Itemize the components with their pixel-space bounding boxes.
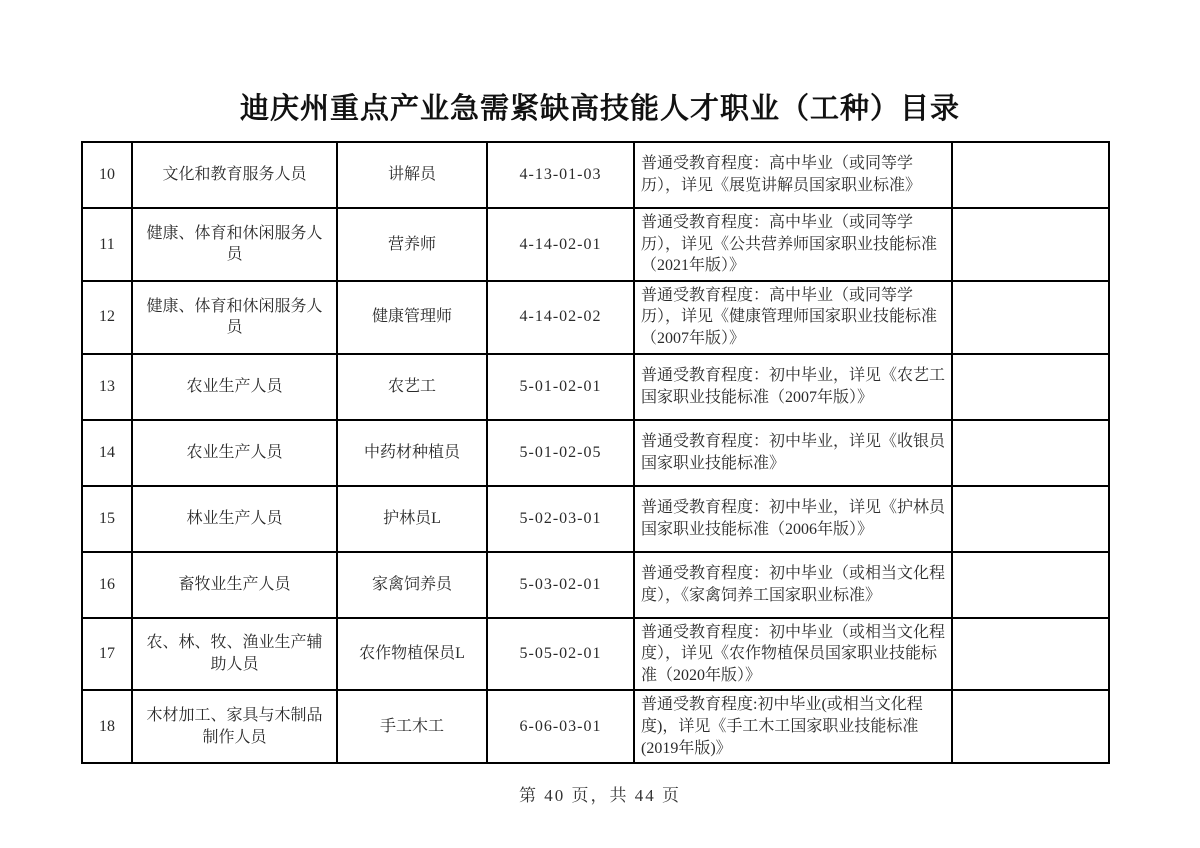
- table-body: 10文化和教育服务人员讲解员4-13-01-03普通受教育程度：高中毕业（或同等…: [82, 142, 1109, 763]
- row-number-cell: 16: [82, 552, 132, 618]
- table-row: 18木材加工、家具与木制品制作人员手工木工6-06-03-01普通受教育程度:初…: [82, 690, 1109, 763]
- note-cell: [952, 486, 1109, 552]
- code-cell: 4-14-02-01: [487, 208, 634, 281]
- row-number-cell: 12: [82, 281, 132, 354]
- occupation-cell: 手工木工: [337, 690, 487, 763]
- row-number-cell: 13: [82, 354, 132, 420]
- code-cell: 4-14-02-02: [487, 281, 634, 354]
- code-cell: 5-03-02-01: [487, 552, 634, 618]
- page-number: 第 40 页，共 44 页: [0, 781, 1200, 806]
- occupation-cell: 家禽饲养员: [337, 552, 487, 618]
- occupation-cell: 护林员L: [337, 486, 487, 552]
- note-cell: [952, 618, 1109, 691]
- category-cell: 文化和教育服务人员: [132, 142, 337, 208]
- category-cell: 健康、体育和休闲服务人员: [132, 281, 337, 354]
- note-cell: [952, 142, 1109, 208]
- row-number-cell: 18: [82, 690, 132, 763]
- code-cell: 5-01-02-01: [487, 354, 634, 420]
- note-cell: [952, 281, 1109, 354]
- category-cell: 木材加工、家具与木制品制作人员: [132, 690, 337, 763]
- requirement-cell: 普通受教育程度：高中毕业（或同等学历），详见《健康管理师国家职业技能标准（200…: [634, 281, 952, 354]
- category-cell: 农、林、牧、渔业生产辅助人员: [132, 618, 337, 691]
- row-number-cell: 15: [82, 486, 132, 552]
- occupation-cell: 农作物植保员L: [337, 618, 487, 691]
- document-page: 迪庆州重点产业急需紧缺高技能人才职业（工种）目录 10文化和教育服务人员讲解员4…: [0, 0, 1200, 848]
- code-cell: 6-06-03-01: [487, 690, 634, 763]
- row-number-cell: 14: [82, 420, 132, 486]
- note-cell: [952, 354, 1109, 420]
- note-cell: [952, 690, 1109, 763]
- code-cell: 5-05-02-01: [487, 618, 634, 691]
- occupation-catalog-table: 10文化和教育服务人员讲解员4-13-01-03普通受教育程度：高中毕业（或同等…: [81, 141, 1110, 764]
- requirement-cell: 普通受教育程度：高中毕业（或同等学历），详见《展览讲解员国家职业标准》: [634, 142, 952, 208]
- occupation-cell: 健康管理师: [337, 281, 487, 354]
- row-number-cell: 17: [82, 618, 132, 691]
- table-row: 13农业生产人员农艺工5-01-02-01普通受教育程度：初中毕业，详见《农艺工…: [82, 354, 1109, 420]
- requirement-cell: 普通受教育程度：初中毕业（或相当文化程度），详见《农作物植保员国家职业技能标准（…: [634, 618, 952, 691]
- occupation-cell: 讲解员: [337, 142, 487, 208]
- requirement-cell: 普通受教育程度：初中毕业，详见《收银员国家职业技能标准》: [634, 420, 952, 486]
- category-cell: 健康、体育和休闲服务人员: [132, 208, 337, 281]
- table-row: 10文化和教育服务人员讲解员4-13-01-03普通受教育程度：高中毕业（或同等…: [82, 142, 1109, 208]
- note-cell: [952, 420, 1109, 486]
- requirement-cell: 普通受教育程度：初中毕业（或相当文化程度），《家禽饲养工国家职业标准》: [634, 552, 952, 618]
- code-cell: 4-13-01-03: [487, 142, 634, 208]
- code-cell: 5-02-03-01: [487, 486, 634, 552]
- occupation-cell: 农艺工: [337, 354, 487, 420]
- table-row: 14农业生产人员中药材种植员5-01-02-05普通受教育程度：初中毕业，详见《…: [82, 420, 1109, 486]
- table-row: 11健康、体育和休闲服务人员营养师4-14-02-01普通受教育程度：高中毕业（…: [82, 208, 1109, 281]
- requirement-cell: 普通受教育程度：初中毕业，详见《农艺工国家职业技能标准（2007年版）》: [634, 354, 952, 420]
- requirement-cell: 普通受教育程度：高中毕业（或同等学历），详见《公共营养师国家职业技能标准（202…: [634, 208, 952, 281]
- page-title: 迪庆州重点产业急需紧缺高技能人才职业（工种）目录: [0, 86, 1200, 127]
- table-row: 16畜牧业生产人员家禽饲养员5-03-02-01普通受教育程度：初中毕业（或相当…: [82, 552, 1109, 618]
- table-row: 17农、林、牧、渔业生产辅助人员农作物植保员L5-05-02-01普通受教育程度…: [82, 618, 1109, 691]
- table-row: 15林业生产人员护林员L5-02-03-01普通受教育程度：初中毕业，详见《护林…: [82, 486, 1109, 552]
- code-cell: 5-01-02-05: [487, 420, 634, 486]
- row-number-cell: 10: [82, 142, 132, 208]
- category-cell: 农业生产人员: [132, 354, 337, 420]
- occupation-cell: 中药材种植员: [337, 420, 487, 486]
- requirement-cell: 普通受教育程度:初中毕业(或相当文化程度)，详见《手工木工国家职业技能标准(20…: [634, 690, 952, 763]
- requirement-cell: 普通受教育程度：初中毕业，详见《护林员国家职业技能标准（2006年版）》: [634, 486, 952, 552]
- category-cell: 林业生产人员: [132, 486, 337, 552]
- category-cell: 畜牧业生产人员: [132, 552, 337, 618]
- occupation-cell: 营养师: [337, 208, 487, 281]
- note-cell: [952, 208, 1109, 281]
- category-cell: 农业生产人员: [132, 420, 337, 486]
- row-number-cell: 11: [82, 208, 132, 281]
- table-row: 12健康、体育和休闲服务人员健康管理师4-14-02-02普通受教育程度：高中毕…: [82, 281, 1109, 354]
- note-cell: [952, 552, 1109, 618]
